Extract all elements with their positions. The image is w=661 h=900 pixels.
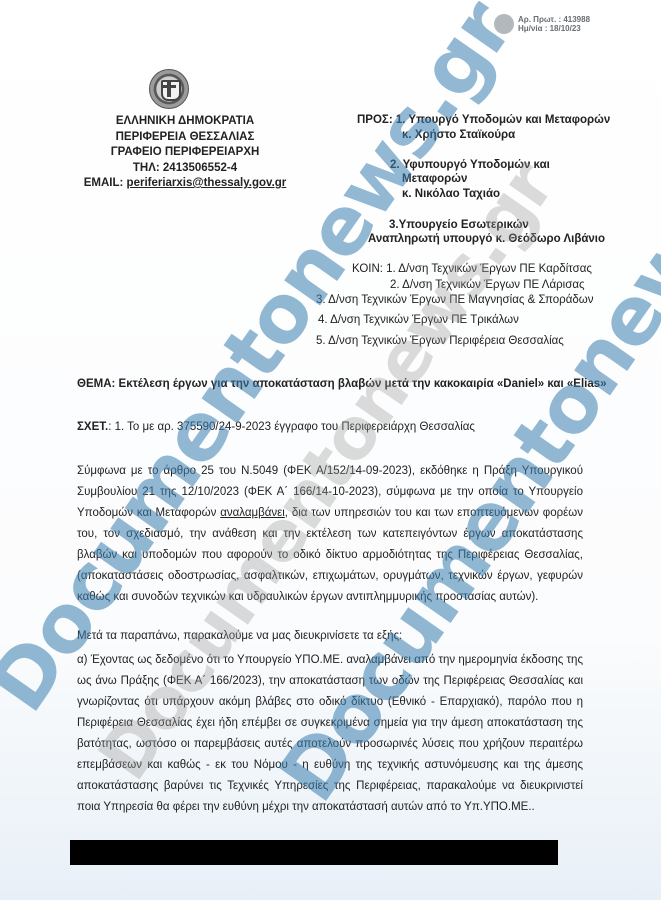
protocol-stamp: Αρ. Πρωτ. : 413988 Ημ/νία : 18/10/23 bbox=[494, 14, 590, 34]
sender-line: ΠΕΡΙΦΕΡΕΙΑ ΘΕΣΣΑΛΙΑΣ bbox=[70, 130, 300, 146]
paragraph-line: Σύμφωνα με το άρθρο 25 του Ν.5049 (ΦΕΚ Α… bbox=[77, 461, 583, 482]
reference-label: ΣΧΕΤ. bbox=[77, 421, 108, 433]
redaction-bar bbox=[70, 840, 558, 865]
paragraph-line: ως άνω Πράξης (ΦΕΚ Α΄ 166/2023), την απο… bbox=[77, 671, 583, 692]
paragraph-line: ποια Υπηρεσία θα φέρει την ευθύνη μέχρι … bbox=[77, 797, 583, 818]
paragraph-line: α) Έχοντας ως δεδομένο ότι το Υπουργείο … bbox=[77, 650, 583, 671]
paragraph-line: Υποδομών και Μεταφορών αναλαμβάνει, δια … bbox=[77, 503, 583, 524]
intro-line: Μετά τα παραπάνω, παρακαλούμε να μας διε… bbox=[77, 630, 402, 642]
paragraph-line: του, τον σχεδιασμό, την ανάθεση και την … bbox=[77, 524, 583, 545]
recipient-2-line3: κ. Νικόλαο Ταχιάο bbox=[402, 187, 500, 202]
recipient-2-line2: Μεταφορών bbox=[402, 172, 467, 187]
cc-line-5: 5. Δ/νση Τεχνικών Έργων Περιφέρεια Θεσσα… bbox=[316, 334, 564, 348]
recipient-2-line1: 2. Υφυπουργό Υποδομών και bbox=[390, 158, 550, 173]
paragraph-1: Σύμφωνα με το άρθρο 25 του Ν.5049 (ΦΕΚ Α… bbox=[77, 461, 583, 608]
text-segment: , δια των υπηρεσιών του και των εποπτευό… bbox=[285, 507, 583, 519]
recipient-3-line1: 3.Υπουργείο Εσωτερικών bbox=[389, 218, 529, 233]
underlined-word: αναλαμβάνει bbox=[220, 507, 285, 519]
cc-line-4: 4. Δ/νση Τεχνικών Έργων ΠΕ Τρικάλων bbox=[318, 313, 519, 327]
paragraph-line: γνωρίζοντας ότι υπάρχουν ακόμη βλάβες στ… bbox=[77, 692, 583, 713]
sender-email-row: EMAIL: periferiarxis@thessaly.gov.gr bbox=[70, 176, 300, 192]
recipient-3-line2: Αναπληρωτή υπουργό κ. Θεόδωρο Λιβάνιο bbox=[368, 232, 605, 247]
greek-emblem-icon bbox=[149, 69, 189, 109]
sender-line: ΕΛΛΗΝΙΚΗ ΔΗΜΟΚΡΑΤΙΑ bbox=[70, 114, 300, 130]
recipient-1-line2: κ. Χρήστο Σταϊκούρα bbox=[402, 128, 515, 143]
document-page: Αρ. Πρωτ. : 413988 Ημ/νία : 18/10/23 ΕΛΛ… bbox=[0, 0, 661, 900]
protocol-number: Αρ. Πρωτ. : 413988 bbox=[518, 15, 590, 24]
paragraph-line: βατότητας, ωστόσο οι παρεμβάσεις αυτές α… bbox=[77, 734, 583, 755]
emblem-cross-bar bbox=[162, 85, 176, 88]
email-link[interactable]: periferiarxis@thessaly.gov.gr bbox=[127, 177, 287, 189]
sender-line: ΓΡΑΦΕΙΟ ΠΕΡΙΦΕΡΕΙΑΡΧΗ bbox=[70, 145, 300, 161]
reference-line: ΣΧΕΤ.: 1. Το με αρ. 375590/24-9-2023 έγγ… bbox=[77, 421, 475, 433]
paragraph-2: α) Έχοντας ως δεδομένο ότι το Υπουργείο … bbox=[77, 650, 583, 818]
cc-line-3: 3. Δ/νση Τεχνικών Έργων ΠΕ Μαγνησίας & Σ… bbox=[316, 293, 594, 307]
text-segment: Υποδομών και Μεταφορών bbox=[77, 507, 220, 519]
recipient-1-line1: ΠΡΟΣ: 1. Υπουργό Υποδομών και Μεταφορών bbox=[357, 113, 610, 128]
paragraph-line: καθώς και συνοδών τεχνικών και υδραυλικώ… bbox=[77, 587, 583, 608]
paragraph-line: Περιφέρεια Θεσσαλίας έχει ήδη επέμβει σε… bbox=[77, 713, 583, 734]
paragraph-line: αποκατάστασης βαρύνει τις Τεχνικές Υπηρε… bbox=[77, 776, 583, 797]
paragraph-line: Συμβουλίου 21 της 12/10/2023 (ΦΕΚ Α΄ 166… bbox=[77, 482, 583, 503]
cc-line-1: ΚΟΙΝ: 1. Δ/νση Τεχνικών Έργων ΠΕ Καρδίτσ… bbox=[352, 262, 592, 276]
protocol-date: Ημ/νία : 18/10/23 bbox=[518, 24, 590, 33]
watermark-left: Documentonews.gr bbox=[0, 0, 530, 728]
subject-line: ΘΕΜΑ: Εκτέλεση έργων για την αποκατάστασ… bbox=[77, 378, 607, 390]
paragraph-line: βλαβών και υποδομών που αφορούν το οδικό… bbox=[77, 545, 583, 566]
paragraph-line: επεμβάσεων και καθώς - εκ του Νόμου - η … bbox=[77, 755, 583, 776]
sender-header: ΕΛΛΗΝΙΚΗ ΔΗΜΟΚΡΑΤΙΑ ΠΕΡΙΦΕΡΕΙΑ ΘΕΣΣΑΛΙΑΣ… bbox=[70, 114, 300, 192]
sender-phone: ΤΗΛ: 2413506552-4 bbox=[70, 161, 300, 177]
cc-line-2: 2. Δ/νση Τεχνικών Έργων ΠΕ Λάρισας bbox=[390, 278, 585, 292]
email-label: EMAIL: bbox=[84, 177, 127, 189]
stamp-logo-icon bbox=[494, 14, 514, 34]
paragraph-line: (αποκαταστάσεις οδοστρωσίας, ασφαλτικών,… bbox=[77, 566, 583, 587]
reference-text: : 1. Το με αρ. 375590/24-9-2023 έγγραφο … bbox=[108, 421, 475, 433]
